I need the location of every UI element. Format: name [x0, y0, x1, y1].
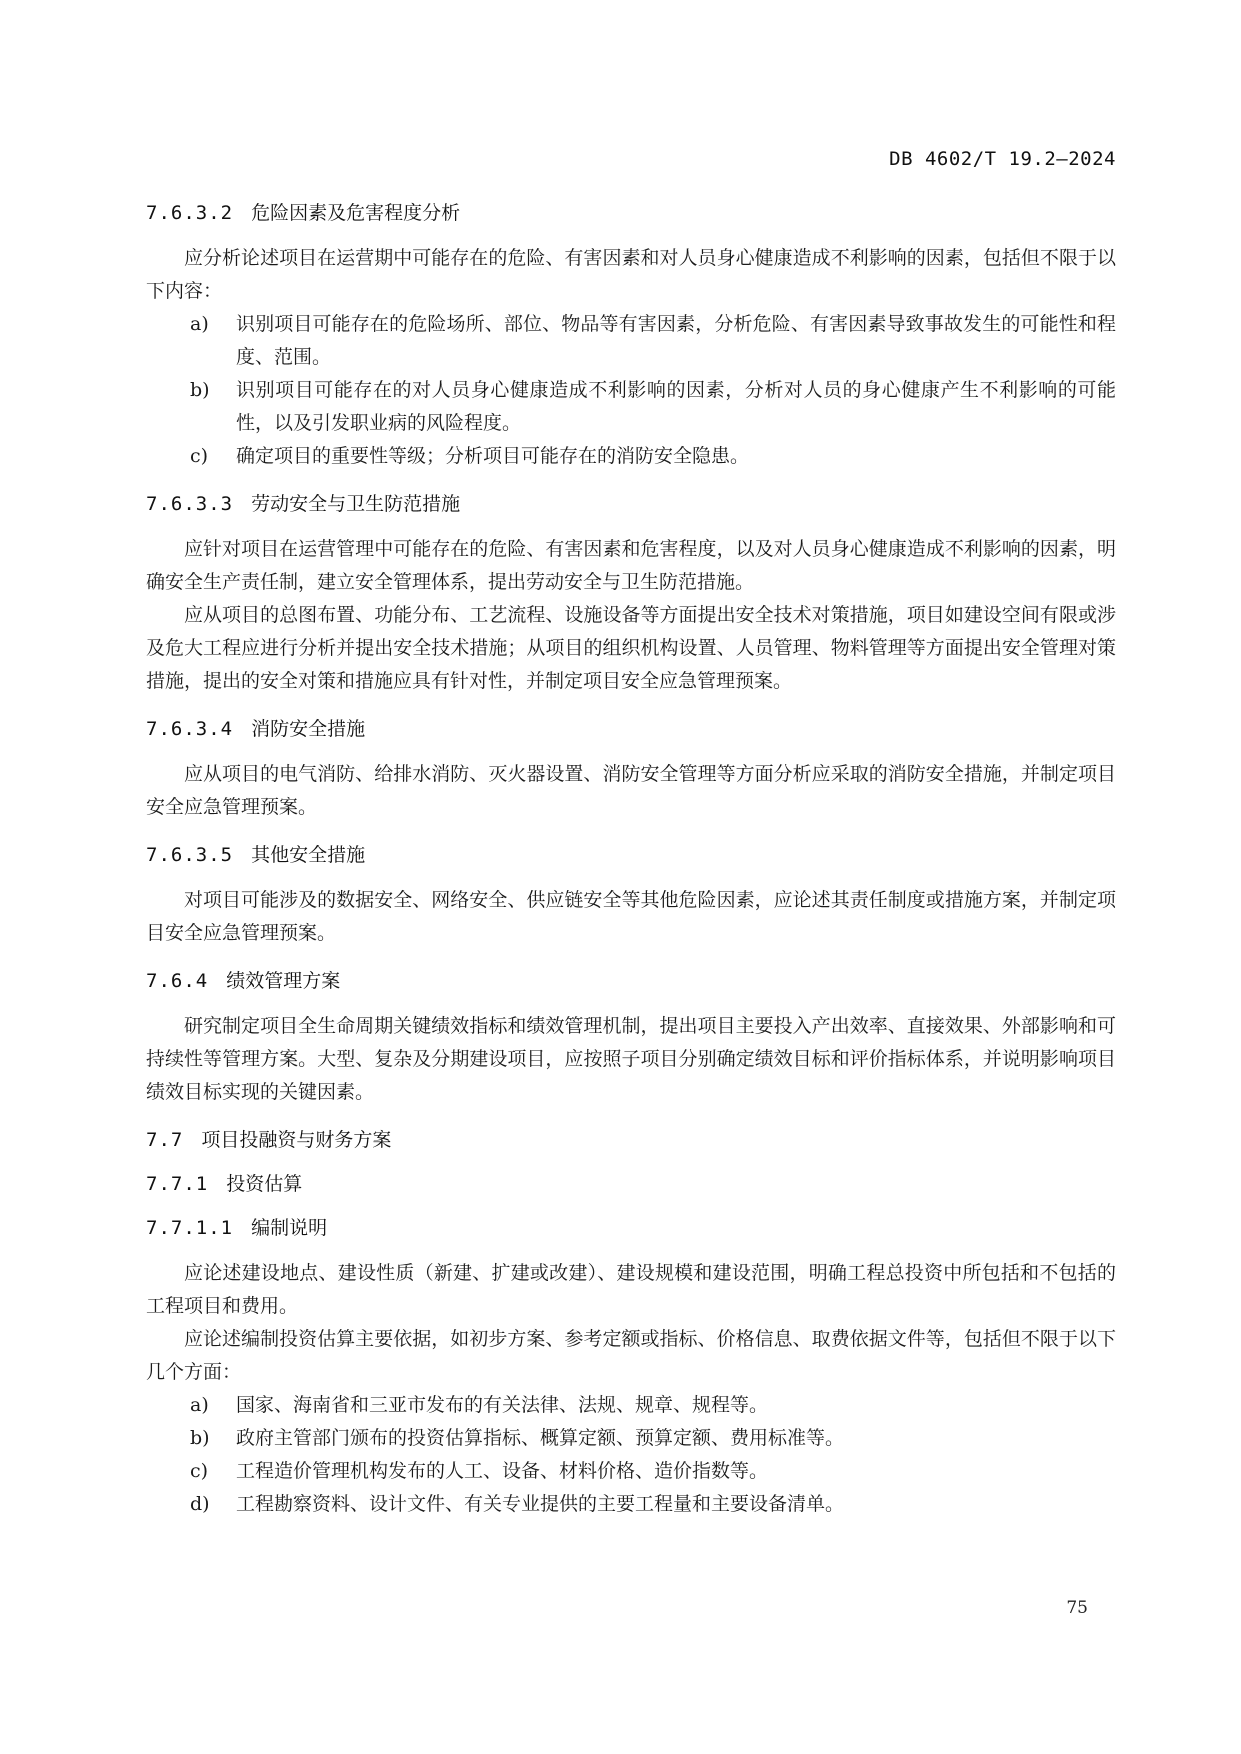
section-title: 消防安全措施: [251, 718, 365, 740]
list-item: a) 识别项目可能存在的危险场所、部位、物品等有害因素，分析危险、有害因素导致事…: [146, 308, 1116, 374]
section-title: 项目投融资与财务方案: [201, 1129, 391, 1151]
section-number: 7.6.4: [146, 968, 208, 994]
section-title: 编制说明: [251, 1217, 327, 1239]
section-heading-7-7-1: 7.7.1投资估算: [146, 1171, 1116, 1197]
section-title: 劳动安全与卫生防范措施: [251, 493, 460, 515]
list-item: b) 识别项目可能存在的对人员身心健康造成不利影响的因素，分析对人员的身心健康产…: [146, 374, 1116, 440]
list-marker: d): [190, 1488, 210, 1521]
list-marker: a): [190, 308, 209, 341]
paragraph: 应分析论述项目在运营期中可能存在的危险、有害因素和对人员身心健康造成不利影响的因…: [146, 242, 1116, 308]
section-number: 7.6.3.5: [146, 842, 233, 868]
list-item: d) 工程勘察资料、设计文件、有关专业提供的主要工程量和主要设备清单。: [146, 1488, 1116, 1521]
list-marker: b): [190, 1422, 210, 1455]
list-item-text: 识别项目可能存在的危险场所、部位、物品等有害因素，分析危险、有害因素导致事故发生…: [236, 313, 1116, 368]
list-item-text: 政府主管部门颁布的投资估算指标、概算定额、预算定额、费用标准等。: [236, 1427, 844, 1449]
paragraph: 应论述编制投资估算主要依据，如初步方案、参考定额或指标、价格信息、取费依据文件等…: [146, 1323, 1116, 1389]
section-number: 7.6.3.4: [146, 716, 233, 742]
section-number: 7.7.1: [146, 1171, 208, 1197]
list-marker: a): [190, 1389, 209, 1422]
section-heading-7-6-3-3: 7.6.3.3劳动安全与卫生防范措施: [146, 491, 1116, 517]
list-marker: b): [190, 374, 210, 407]
list-marker: c): [190, 440, 208, 473]
paragraph: 对项目可能涉及的数据安全、网络安全、供应链安全等其他危险因素，应论述其责任制度或…: [146, 884, 1116, 950]
section-number: 7.6.3.3: [146, 491, 233, 517]
list-item: c) 确定项目的重要性等级；分析项目可能存在的消防安全隐患。: [146, 440, 1116, 473]
section-heading-7-6-3-2: 7.6.3.2危险因素及危害程度分析: [146, 200, 1116, 226]
section-number: 7.6.3.2: [146, 200, 233, 226]
section-heading-7-6-3-5: 7.6.3.5其他安全措施: [146, 842, 1116, 868]
paragraph: 研究制定项目全生命周期关键绩效指标和绩效管理机制，提出项目主要投入产出效率、直接…: [146, 1010, 1116, 1109]
section-title: 投资估算: [226, 1173, 302, 1195]
list-item-text: 国家、海南省和三亚市发布的有关法律、法规、规章、规程等。: [236, 1394, 768, 1416]
document-body: 7.6.3.2危险因素及危害程度分析 应分析论述项目在运营期中可能存在的危险、有…: [146, 200, 1116, 1521]
list-item-text: 识别项目可能存在的对人员身心健康造成不利影响的因素，分析对人员的身心健康产生不利…: [236, 379, 1116, 434]
list-item: c) 工程造价管理机构发布的人工、设备、材料价格、造价指数等。: [146, 1455, 1116, 1488]
paragraph: 应从项目的电气消防、给排水消防、灭火器设置、消防安全管理等方面分析应采取的消防安…: [146, 758, 1116, 824]
paragraph: 应针对项目在运营管理中可能存在的危险、有害因素和危害程度，以及对人员身心健康造成…: [146, 533, 1116, 599]
standard-code-header: DB 4602/T 19.2—2024: [889, 148, 1116, 170]
list-item: b) 政府主管部门颁布的投资估算指标、概算定额、预算定额、费用标准等。: [146, 1422, 1116, 1455]
section-heading-7-7-1-1: 7.7.1.1编制说明: [146, 1215, 1116, 1241]
list-item-text: 工程造价管理机构发布的人工、设备、材料价格、造价指数等。: [236, 1460, 768, 1482]
section-heading-7-6-3-4: 7.6.3.4消防安全措施: [146, 716, 1116, 742]
paragraph: 应从项目的总图布置、功能分布、工艺流程、设施设备等方面提出安全技术对策措施，项目…: [146, 599, 1116, 698]
list-marker: c): [190, 1455, 208, 1488]
section-heading-7-6-4: 7.6.4绩效管理方案: [146, 968, 1116, 994]
page-number: 75: [1066, 1598, 1088, 1618]
document-page: DB 4602/T 19.2—2024 7.6.3.2危险因素及危害程度分析 应…: [0, 0, 1241, 1754]
section-heading-7-7: 7.7项目投融资与财务方案: [146, 1127, 1116, 1153]
section-number: 7.7.1.1: [146, 1215, 233, 1241]
section-number: 7.7: [146, 1127, 183, 1153]
list-item-text: 确定项目的重要性等级；分析项目可能存在的消防安全隐患。: [236, 445, 749, 467]
section-title: 其他安全措施: [251, 844, 365, 866]
list-item-text: 工程勘察资料、设计文件、有关专业提供的主要工程量和主要设备清单。: [236, 1493, 844, 1515]
section-title: 绩效管理方案: [226, 970, 340, 992]
paragraph: 应论述建设地点、建设性质（新建、扩建或改建）、建设规模和建设范围，明确工程总投资…: [146, 1257, 1116, 1323]
section-title: 危险因素及危害程度分析: [251, 202, 460, 224]
list-item: a) 国家、海南省和三亚市发布的有关法律、法规、规章、规程等。: [146, 1389, 1116, 1422]
